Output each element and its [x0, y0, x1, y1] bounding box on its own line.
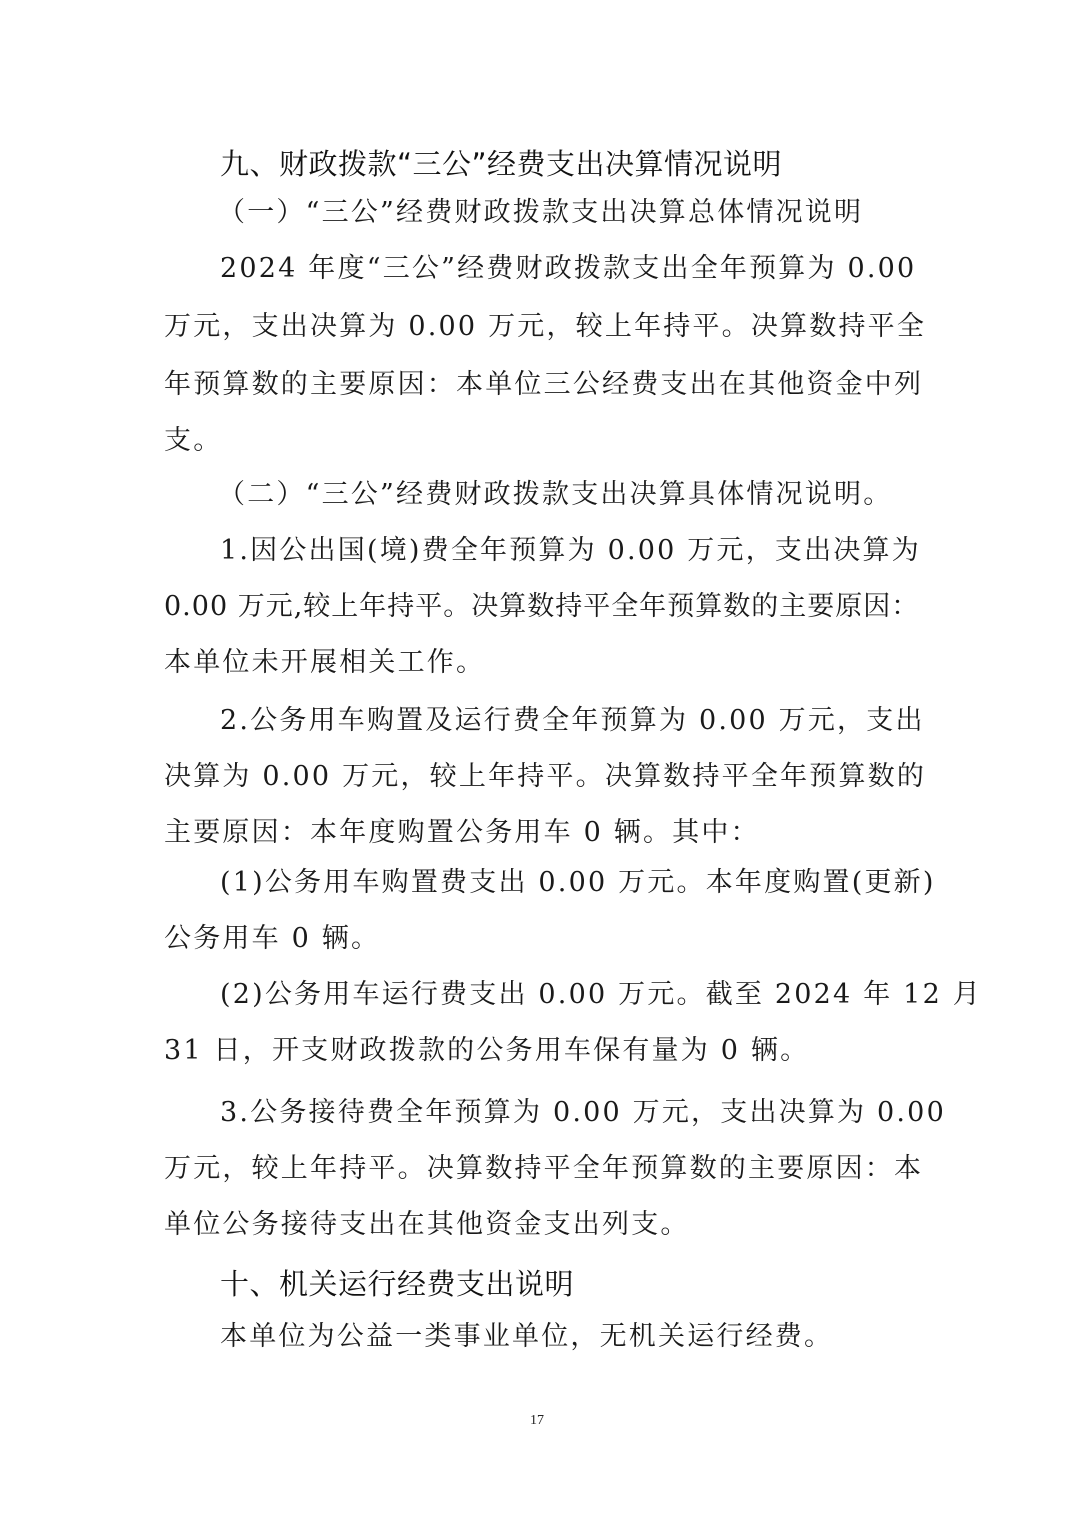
paragraph-line: 2024 年度“三公”经费财政拨款支出全年预算为 0.00: [220, 252, 912, 286]
paragraph-line: 1.因公出国(境)费全年预算为 0.00 万元，支出决算为: [220, 534, 912, 568]
paragraph-line: 主要原因：本年度购置公务用车 0 辆。其中：: [164, 816, 914, 850]
paragraph-line: 单位公务接待支出在其他资金支出列支。: [164, 1208, 914, 1242]
paragraph-line: 2.公务用车购置及运行费全年预算为 0.00 万元，支出: [220, 704, 912, 738]
subsection-heading-detail: （二）“三公”经费财政拨款支出决算具体情况说明。: [218, 478, 892, 512]
paragraph-line: 31 日，开支财政拨款的公务用车保有量为 0 辆。: [164, 1034, 914, 1068]
paragraph-line: (2)公务用车运行费支出 0.00 万元。截至 2024 年 12 月: [220, 978, 912, 1012]
paragraph-line: 本单位未开展相关工作。: [164, 646, 914, 680]
paragraph-line: 公务用车 0 辆。: [164, 922, 914, 956]
section-heading-10: 十、机关运行经费支出说明: [220, 1266, 574, 1302]
subsection-heading-overall: （一）“三公”经费财政拨款支出决算总体情况说明: [218, 196, 863, 230]
page-number: 17: [0, 1412, 1074, 1430]
paragraph-line: 决算为 0.00 万元，较上年持平。决算数持平全年预算数的: [164, 760, 914, 794]
section-heading-9: 九、财政拨款“三公”经费支出决算情况说明: [220, 146, 782, 182]
paragraph-line: 万元，较上年持平。决算数持平全年预算数的主要原因：本: [164, 1152, 914, 1186]
paragraph-line: 万元，支出决算为 0.00 万元，较上年持平。决算数持平全: [164, 310, 914, 344]
paragraph-line: 3.公务接待费全年预算为 0.00 万元，支出决算为 0.00: [220, 1096, 912, 1130]
document-page: 九、财政拨款“三公”经费支出决算情况说明 （一）“三公”经费财政拨款支出决算总体…: [0, 0, 1074, 1520]
paragraph-line: (1)公务用车购置费支出 0.00 万元。本年度购置(更新): [220, 866, 912, 900]
paragraph-line: 支。: [164, 424, 914, 458]
paragraph-line: 本单位为公益一类事业单位，无机关运行经费。: [220, 1320, 970, 1354]
paragraph-line: 0.00 万元,较上年持平。决算数持平全年预算数的主要原因：: [164, 590, 914, 624]
paragraph-line: 年预算数的主要原因：本单位三公经费支出在其他资金中列: [164, 368, 914, 402]
